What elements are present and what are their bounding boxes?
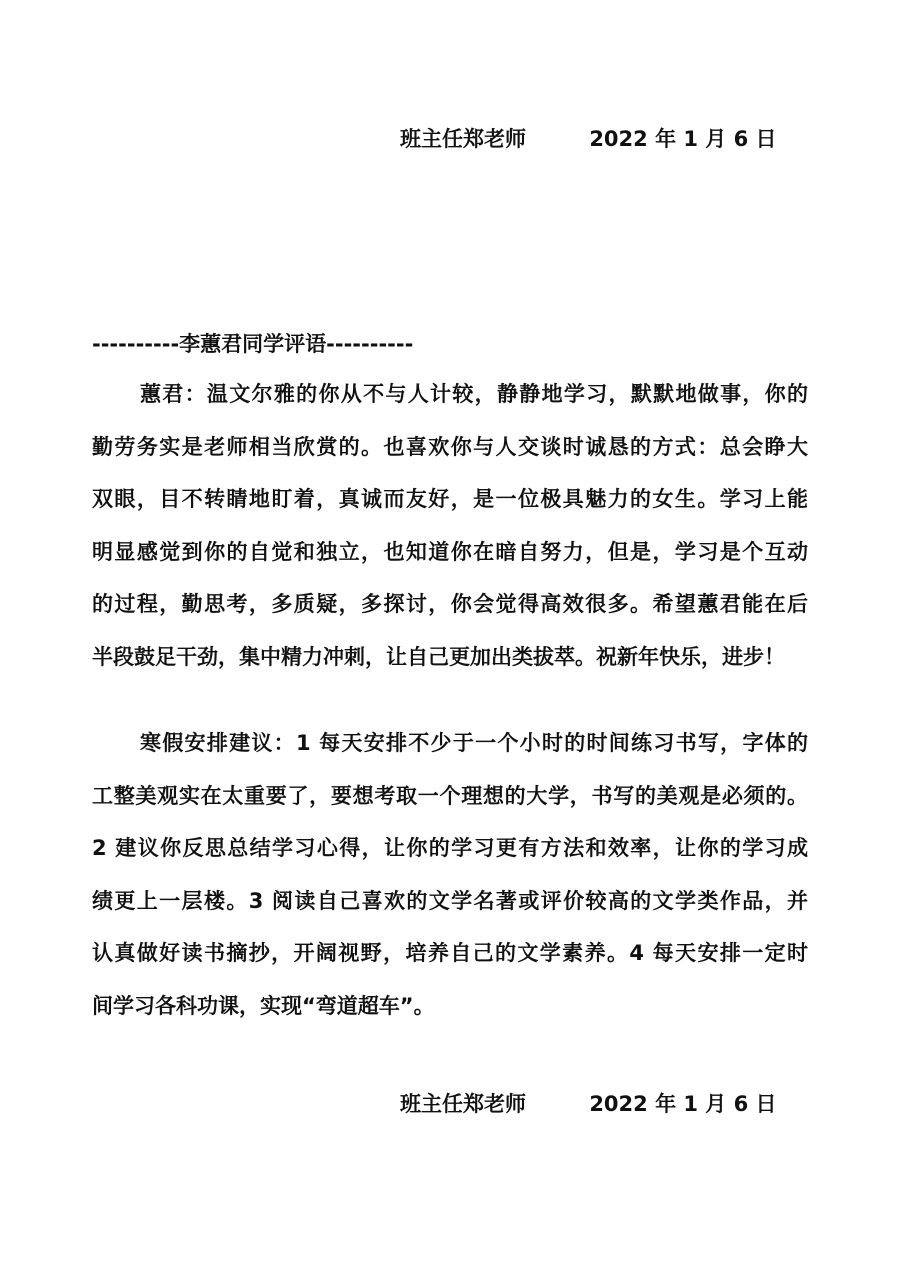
comment-line: 双眼，目不转睛地盯着，真诚而友好，是一位极具魅力的女生。学习上能 xyxy=(92,473,808,526)
advice-line: 寒假安排建议：1 每天安排不少于一个小时的时间练习书写，字体的 xyxy=(92,717,808,770)
advice-line: 工整美观实在太重要了，要想考取一个理想的大学，书写的美观是必须的。 xyxy=(92,770,808,823)
signature-bottom: 班主任郑老师 2022 年 1 月 6 日 xyxy=(400,1090,777,1118)
advice-line: 绩更上一层楼。3 阅读自己喜欢的文学名著或评价较高的文学类作品，并 xyxy=(92,875,808,928)
comment-line: 的过程，勤思考，多质疑，多探讨，你会觉得高效很多。希望蕙君能在后 xyxy=(92,578,808,631)
advice-line: 2 建议你反思总结学习心得，让你的学习更有方法和效率，让你的学习成 xyxy=(92,822,808,875)
comment-line: 蕙君：温文尔雅的你从不与人计较，静静地学习，默默地做事，你的 xyxy=(92,368,808,421)
comment-line: 勤劳务实是老师相当欣赏的。也喜欢你与人交谈时诚恳的方式：总会睁大 xyxy=(92,421,808,474)
comment-line: 明显感觉到你的自觉和独立，也知道你在暗自努力，但是，学习是个互动 xyxy=(92,526,808,579)
signature-date: 2022 年 1 月 6 日 xyxy=(589,1090,776,1118)
advice-line: 认真做好读书摘抄，开阔视野，培养自己的文学素养。4 每天安排一定时 xyxy=(92,927,808,980)
teacher-name: 班主任郑老师 xyxy=(400,1090,526,1118)
winter-break-advice-paragraph: 寒假安排建议：1 每天安排不少于一个小时的时间练习书写，字体的 工整美观实在太重… xyxy=(92,717,808,1033)
advice-line: 间学习各科功课，实现“弯道超车”。 xyxy=(92,980,808,1033)
signature-top: 班主任郑老师 2022 年 1 月 6 日 xyxy=(400,125,777,153)
teacher-name: 班主任郑老师 xyxy=(400,125,526,153)
comment-heading: ----------李蕙君同学评语---------- xyxy=(92,330,413,358)
student-comment-paragraph: 蕙君：温文尔雅的你从不与人计较，静静地学习，默默地做事，你的 勤劳务实是老师相当… xyxy=(92,368,808,684)
comment-line: 半段鼓足干劲，集中精力冲刺，让自己更加出类拔萃。祝新年快乐，进步！ xyxy=(92,631,808,684)
signature-date: 2022 年 1 月 6 日 xyxy=(589,125,776,153)
